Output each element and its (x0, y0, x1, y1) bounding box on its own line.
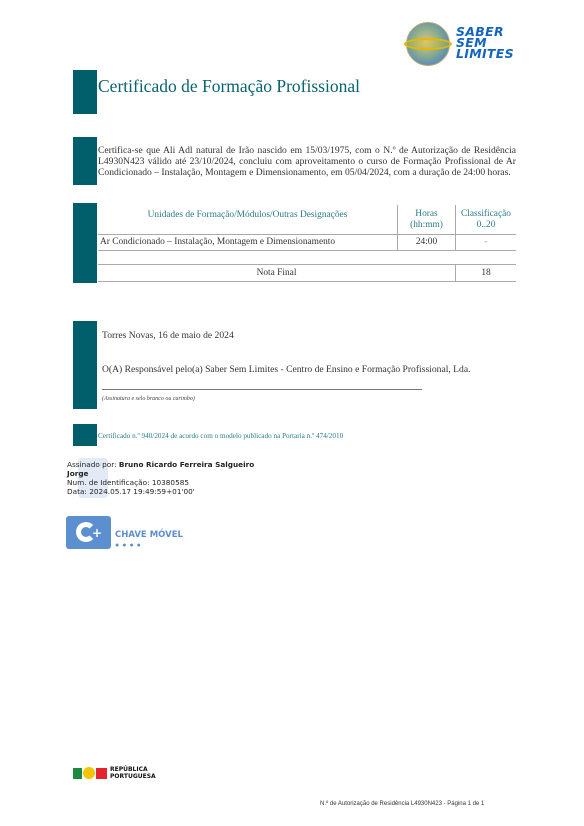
accent-bar-certificate-number (73, 424, 97, 446)
final-grade-value: 18 (455, 265, 516, 281)
republica-line-2: PORTUGUESA (110, 774, 156, 781)
signed-by-label: Assinado por: (67, 460, 117, 469)
republica-red-block (96, 768, 107, 779)
accent-bar-title (73, 70, 97, 114)
saber-sem-limites-logo: SABER SEM LIMITES (404, 20, 519, 65)
signature-line (102, 389, 422, 390)
cell-unit: Ar Condicionado – Instalação, Montagem e… (98, 234, 397, 250)
brand-wordmark: SABER SEM LIMITES (456, 26, 520, 59)
accent-bar-statement (73, 137, 97, 185)
chave-movel-label: CHAVE MÓVEL (115, 530, 183, 540)
final-grade-label: Nota Final (98, 265, 455, 281)
chave-movel-icon: + (66, 516, 111, 549)
signer-id: Num. de Identificação: 10380585 (67, 478, 254, 487)
cell-grade: - (455, 234, 516, 250)
signature-note: (Assinatura e selo branco ou carimbo) (102, 396, 195, 402)
page-title: Certificado de Formação Profissional (98, 76, 360, 97)
signer-name-cont: Jorge (67, 469, 254, 478)
globe-ring-decoration (404, 38, 452, 50)
brand-line-3: LIMITES (456, 48, 520, 59)
republica-portuguesa-logo: REPÚBLICA PORTUGUESA (110, 767, 156, 780)
cell-hours: 24:00 (397, 234, 455, 250)
accent-bar-table (73, 203, 97, 283)
responsible-line: O(A) Responsável pelo(a) Saber Sem Limit… (102, 364, 470, 375)
table-row: Ar Condicionado – Instalação, Montagem e… (98, 234, 516, 251)
chave-plus-glyph: + (92, 526, 102, 540)
header-hours: Horas (hh:mm) (397, 205, 455, 234)
header-grade: Classificação 0..20 (455, 205, 516, 234)
republica-green-block (73, 768, 82, 779)
signer-name: Bruno Ricardo Ferreira Salgueiro (119, 460, 254, 469)
signature-date: Data: 2024.05.17 19:49:59+01'00' (67, 487, 254, 496)
republica-yellow-circle (83, 767, 95, 779)
place-date: Torres Novas, 16 de maio de 2024 (102, 330, 234, 341)
final-grade-row: Nota Final 18 (98, 264, 516, 282)
accent-bar-signature (73, 321, 97, 409)
table-header-row: Unidades de Formação/Módulos/Outras Desi… (98, 205, 516, 235)
chave-movel-dots: ●●●● (115, 541, 144, 549)
page-footer: N.º de Autorização de Residência L4930N4… (320, 801, 484, 807)
certificate-statement: Certifica-se que Ali Adl natural de Irão… (98, 145, 516, 179)
header-units: Unidades de Formação/Módulos/Outras Desi… (98, 205, 397, 234)
digital-signature: Assinado por: Bruno Ricardo Ferreira Sal… (67, 460, 254, 496)
certificate-number: Certificado n.º 940/2024 de acordo com o… (98, 432, 343, 440)
